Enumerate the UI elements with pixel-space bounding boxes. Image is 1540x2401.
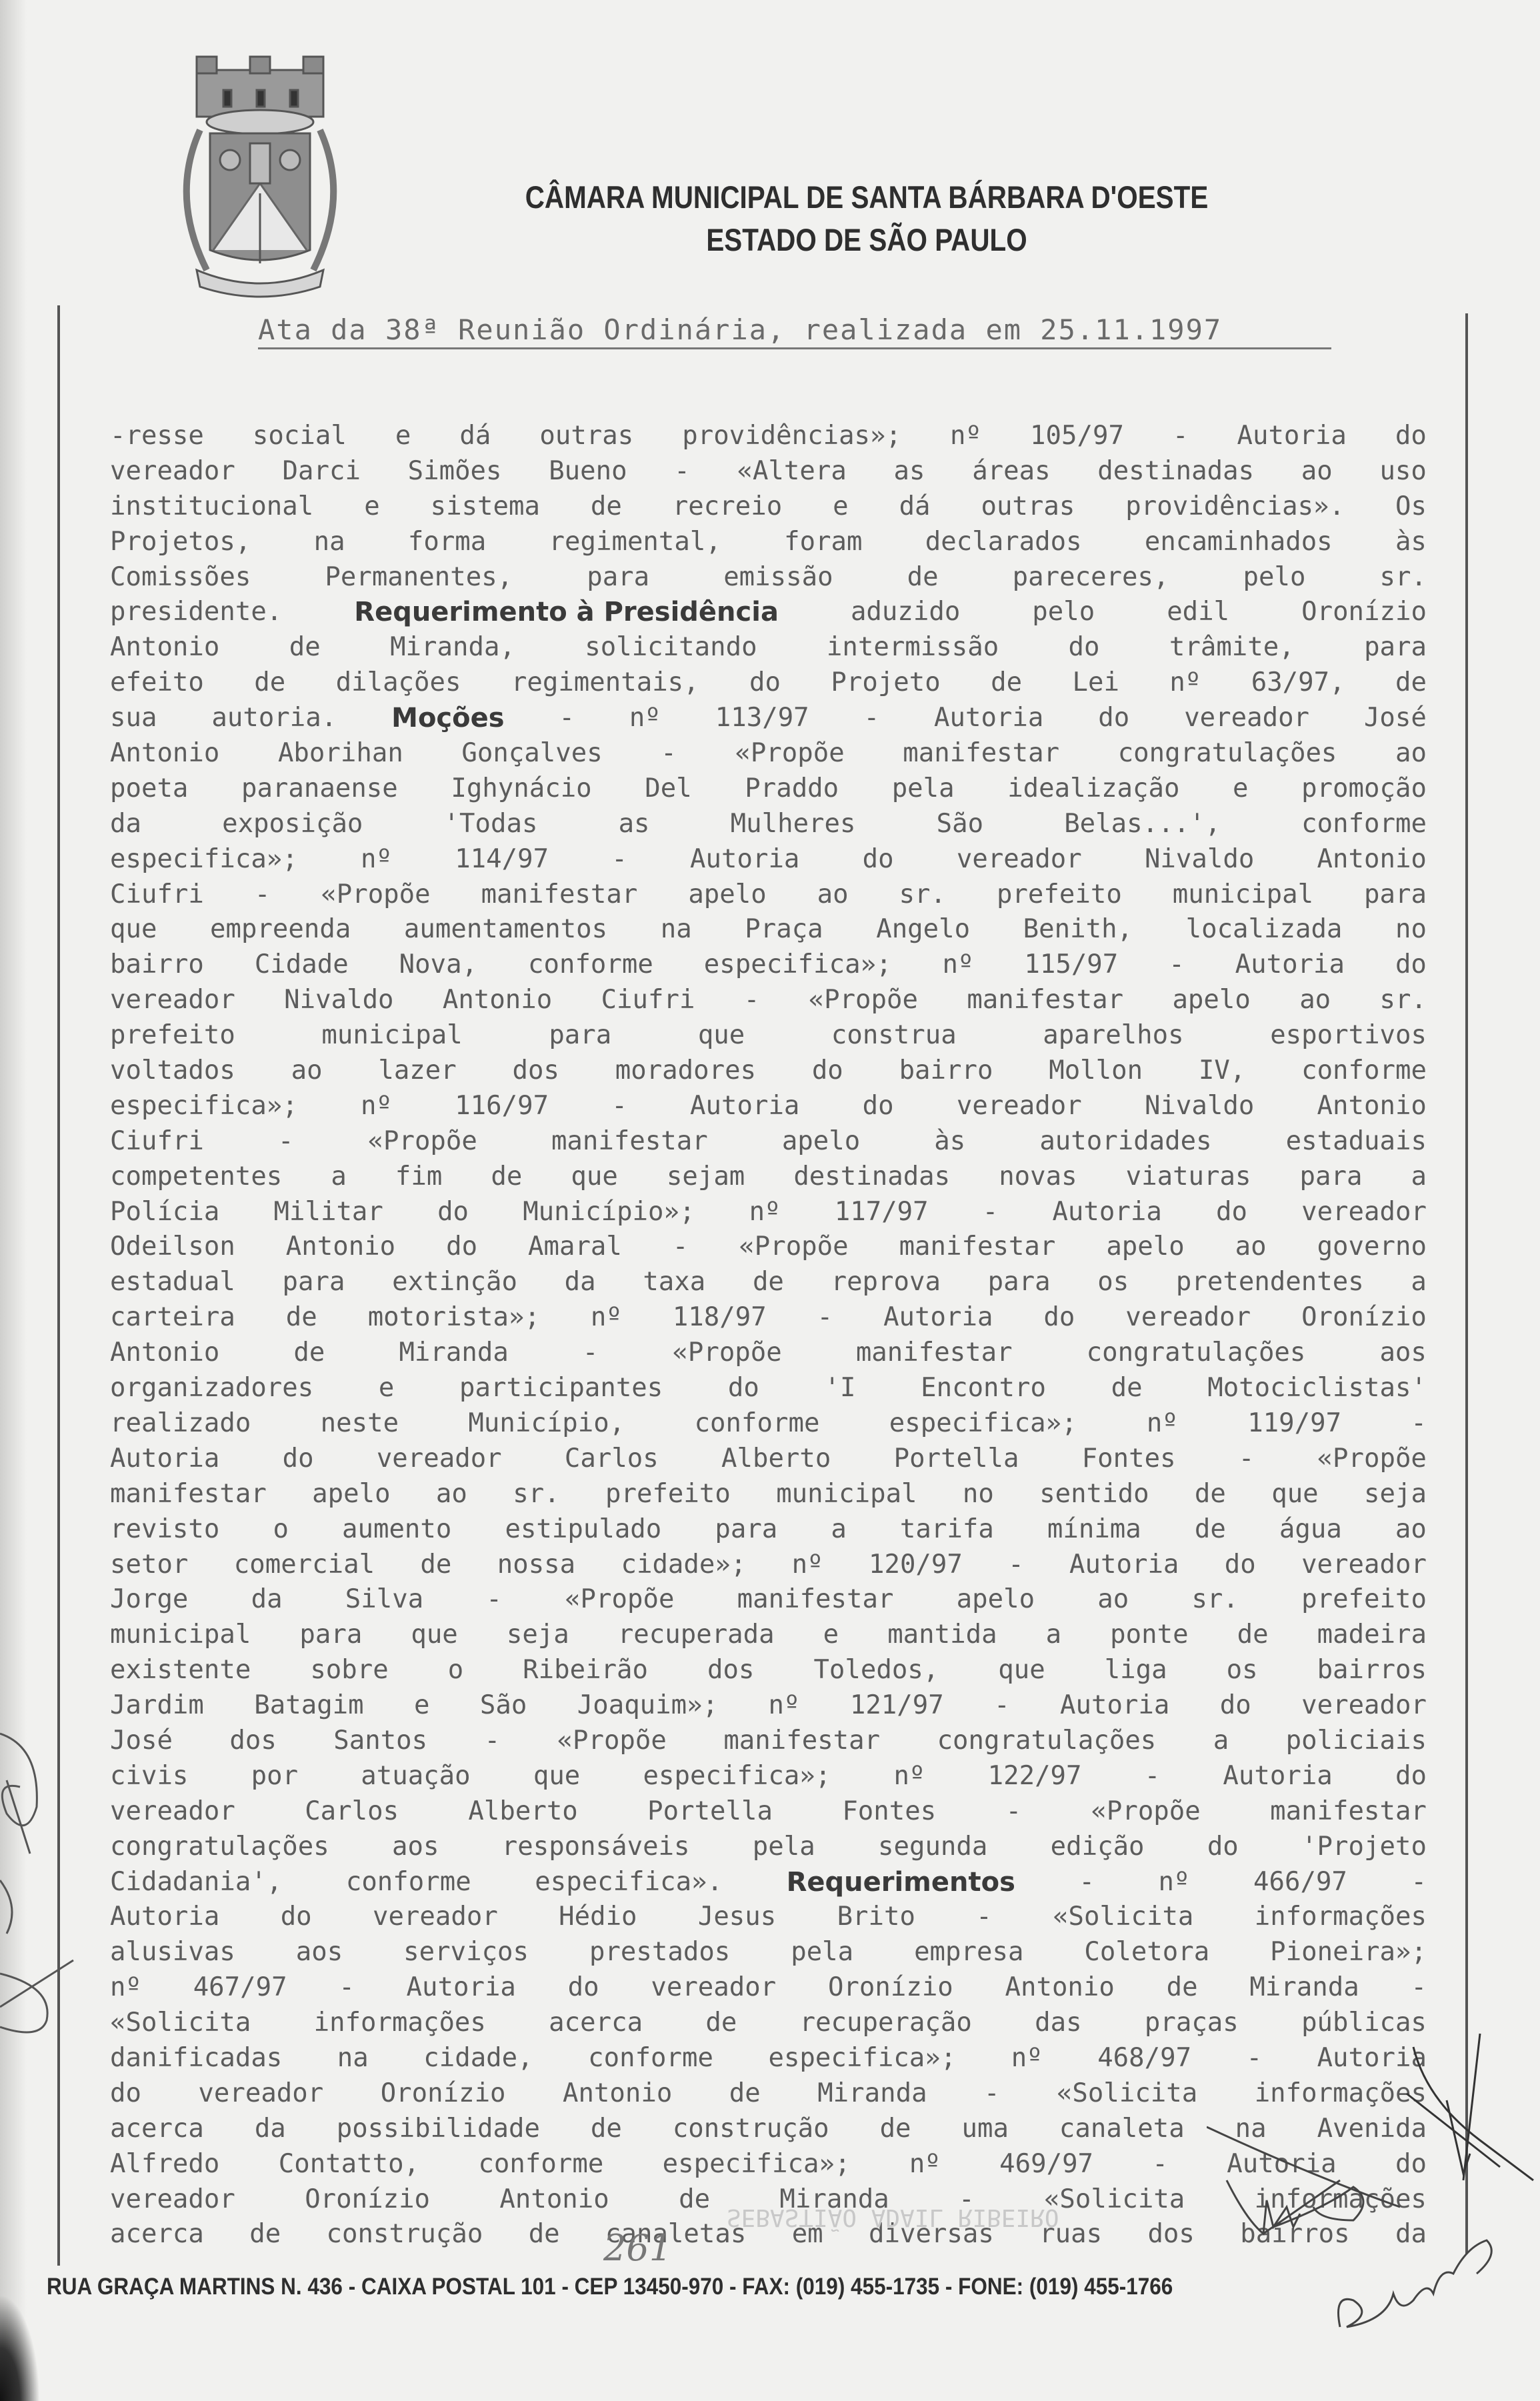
word: Gonçalves: [461, 736, 602, 771]
word: de: [254, 665, 285, 701]
word: Alberto: [721, 1442, 831, 1477]
word: vereador: [1301, 1195, 1427, 1230]
word: os: [1097, 1265, 1129, 1300]
word: Mulheres: [731, 807, 856, 842]
word: Mollon: [1049, 1053, 1143, 1089]
word: conforme: [1301, 1053, 1427, 1089]
word: de: [249, 2217, 281, 2252]
word: -: [674, 454, 689, 489]
page-border-left: [57, 305, 60, 2266]
word: foram: [784, 525, 862, 560]
word: apelo: [1172, 983, 1250, 1018]
word: acerca: [110, 2112, 204, 2147]
word: Antonio: [1005, 1970, 1115, 2006]
word: madeira: [1317, 1618, 1427, 1653]
word: Contatto,: [279, 2147, 419, 2182]
word: Pioneira»;: [1270, 1935, 1427, 1970]
word: e: [823, 1618, 839, 1653]
word: ponte: [1110, 1618, 1188, 1653]
word: -: [255, 877, 270, 913]
word: edil: [1167, 595, 1229, 630]
word: para: [1364, 877, 1427, 913]
word: voltados: [110, 1053, 235, 1089]
word: que: [411, 1618, 457, 1653]
word: Del: [645, 771, 691, 807]
word: municipal: [321, 1018, 462, 1053]
word: do: [1207, 1830, 1239, 1865]
word: idealização: [1007, 771, 1179, 807]
word: do: [1043, 1300, 1075, 1336]
word: municipal: [776, 1477, 917, 1512]
word: do: [728, 1371, 759, 1406]
word: -: [486, 1582, 501, 1618]
word: pareceres,: [1013, 560, 1169, 595]
word: institucional: [110, 489, 313, 525]
word: Motociclistas': [1207, 1371, 1427, 1406]
word: dos: [229, 1724, 276, 1759]
word: São: [480, 1688, 527, 1724]
word: uso: [1379, 454, 1426, 489]
word: mínima: [1047, 1512, 1141, 1548]
word: mantida: [887, 1618, 997, 1653]
word: Alfredo: [110, 2147, 219, 2182]
word: Município»;: [523, 1195, 695, 1230]
word: vereador: [651, 1970, 776, 2006]
word: pela: [791, 1935, 853, 1970]
word: segunda: [878, 1830, 987, 1865]
word: para: [988, 1265, 1051, 1300]
word: do: [1395, 2147, 1427, 2182]
word: Bueno: [549, 454, 627, 489]
word: prefeito: [605, 1477, 731, 1512]
word: «Solicita: [1057, 2076, 1197, 2112]
word: sr.: [1379, 983, 1426, 1018]
text-line: AlfredoContatto,conformeespecifica»;nº46…: [110, 2147, 1427, 2182]
word: -: [983, 1195, 998, 1230]
word: -: [1152, 2147, 1167, 2182]
word: providências».: [1125, 489, 1345, 525]
text-line: revistooaumentoestipuladoparaatarifamíni…: [110, 1512, 1427, 1548]
word: ao: [1299, 983, 1331, 1018]
word: que: [998, 1653, 1045, 1688]
word: recuperação: [800, 2006, 972, 2041]
text-line: prefeitomunicipalparaqueconstruaaparelho…: [110, 1018, 1427, 1053]
word: de: [286, 1300, 317, 1336]
word: manifestar: [481, 877, 638, 913]
word: às: [1395, 525, 1427, 560]
word: que: [533, 1759, 580, 1794]
word: Ighynácio: [451, 771, 591, 807]
word: especifica»;: [643, 1759, 831, 1794]
word: -: [661, 736, 676, 771]
word: bairro: [110, 947, 204, 983]
word: Hédio: [559, 1900, 637, 1935]
word: de: [1237, 1618, 1269, 1653]
word: 116/97: [455, 1089, 549, 1124]
word: novas: [999, 1159, 1077, 1195]
word: vereador: [957, 842, 1082, 877]
word: setor: [110, 1548, 188, 1583]
word: destinadas: [1097, 454, 1254, 489]
text-line: competentesafimdequesejamdestinadasnovas…: [110, 1159, 1427, 1195]
word: -: [1169, 947, 1184, 983]
word: vereador: [1184, 701, 1309, 736]
minutes-body: -ressesocialedáoutrasprovidências»;nº105…: [110, 419, 1427, 2252]
word: 113/97: [715, 701, 809, 736]
word: informações: [1255, 2182, 1427, 2218]
word: realizado: [110, 1406, 251, 1442]
text-line: Ciufri-«Propõemanifestarapeloaosr.prefei…: [110, 877, 1427, 913]
word: nº: [1011, 2041, 1043, 2076]
word: ao: [1301, 454, 1333, 489]
word: Carlos: [565, 1442, 659, 1477]
word: Ciufri: [110, 1124, 204, 1159]
word: destinadas: [793, 1159, 950, 1195]
word: manifestar: [903, 736, 1059, 771]
text-line: queempreendaaumentamentosnaPraçaAngeloBe…: [110, 912, 1427, 947]
word: -: [1239, 1442, 1254, 1477]
word: Antonio: [110, 630, 219, 665]
word: congratulações: [1118, 736, 1337, 771]
word: Autoria: [883, 1300, 993, 1336]
word: prestados: [589, 1935, 730, 1970]
word: Fontes: [842, 1794, 936, 1830]
word: Carlos: [305, 1794, 399, 1830]
word: vereador: [1125, 1300, 1251, 1336]
word: Nivaldo: [284, 983, 393, 1018]
word: 122/97: [988, 1759, 1082, 1794]
word: Autoria: [690, 1089, 799, 1124]
word: -: [559, 701, 574, 736]
word: poeta: [110, 771, 188, 807]
word: Coletora: [1084, 1935, 1209, 1970]
word: Amaral: [528, 1230, 622, 1265]
word: Alberto: [468, 1794, 577, 1830]
word: Oronízio: [305, 2182, 430, 2218]
word: 'Todas: [444, 807, 538, 842]
word: que: [1271, 1477, 1318, 1512]
word: vereador: [1301, 1548, 1427, 1583]
word: vereador: [110, 2182, 235, 2218]
word: liga: [1105, 1653, 1167, 1688]
word: e: [1233, 771, 1248, 807]
word: -: [976, 1900, 991, 1935]
word: manifestar: [737, 1582, 894, 1618]
word: Cidadania',: [110, 1865, 282, 1900]
word: manifestar: [1270, 1794, 1427, 1830]
word: cidade»;: [621, 1548, 746, 1583]
word: viaturas: [1126, 1159, 1251, 1195]
word: estadual: [110, 1265, 235, 1300]
word: «Propõe: [672, 1336, 781, 1371]
word: danificadas: [110, 2041, 282, 2076]
word: -: [1008, 1548, 1023, 1583]
word: do: [863, 842, 894, 877]
word: Comissões: [110, 560, 251, 595]
word: Jesus: [698, 1900, 776, 1935]
text-line: AutoriadovereadorCarlosAlbertoPortellaFo…: [110, 1442, 1427, 1477]
scan-shadow-corner: [0, 2294, 40, 2401]
word: os: [1227, 1653, 1258, 1688]
word: sentido: [1039, 1477, 1149, 1512]
coat-of-arms-icon: [150, 50, 370, 303]
word: «Propõe: [1317, 1442, 1427, 1477]
word: 115/97: [1024, 947, 1118, 983]
word: conforme: [346, 1865, 471, 1900]
word: Antonio: [110, 1336, 219, 1371]
word: sua: [110, 701, 157, 736]
word: -: [984, 2076, 999, 2112]
word: de: [880, 2112, 911, 2147]
word: áreas: [972, 454, 1050, 489]
word: regimental,: [549, 525, 721, 560]
word: do: [749, 665, 781, 701]
word: conforme: [528, 947, 653, 983]
word: 120/97: [869, 1548, 963, 1583]
word: o: [273, 1512, 288, 1548]
text-line: vereadorCarlosAlbertoPortellaFontes-«Pro…: [110, 1794, 1427, 1830]
word: nº: [909, 2147, 941, 2182]
word: nº: [942, 947, 973, 983]
word: Toledos,: [813, 1653, 939, 1688]
word: Antonio: [1317, 842, 1427, 877]
word: -: [485, 1724, 500, 1759]
word: aumento: [342, 1512, 451, 1548]
word: intermissão: [827, 630, 999, 665]
word: aos: [296, 1935, 343, 1970]
word: estipulado: [505, 1512, 661, 1548]
word: de: [907, 560, 939, 595]
word: vereador: [1301, 1688, 1427, 1724]
word: Praça: [745, 912, 823, 947]
word: Miranda: [1249, 1970, 1359, 2006]
word: 118/97: [673, 1300, 767, 1336]
word: a: [831, 1512, 846, 1548]
word: Benith,: [1023, 912, 1133, 947]
word: civis: [110, 1759, 188, 1794]
word: atuação: [361, 1759, 470, 1794]
word: construa: [831, 1018, 957, 1053]
word: do: [283, 1442, 314, 1477]
word: de: [591, 2112, 622, 2147]
word: Autoria: [110, 1900, 219, 1935]
text-line: especifica»;nº116/97-AutoriadovereadorNi…: [110, 1089, 1427, 1124]
word: de: [705, 2006, 737, 2041]
word: Ciufri: [110, 877, 204, 913]
word: competentes: [110, 1159, 282, 1195]
word: aduzido: [851, 595, 960, 630]
word: Miranda: [399, 1336, 508, 1371]
word: da: [1395, 2217, 1427, 2252]
word: especifica»;: [663, 2147, 851, 2182]
word: efeito: [110, 665, 204, 701]
word: 469/97: [999, 2147, 1093, 2182]
word: -: [1145, 1759, 1160, 1794]
word: apelo: [957, 1582, 1035, 1618]
word: de: [1167, 1970, 1198, 2006]
word: do: [568, 1970, 599, 2006]
word: de: [529, 2217, 560, 2252]
word: aparelhos: [1043, 1018, 1183, 1053]
word: canaleta: [1059, 2112, 1185, 2147]
word: da: [251, 1582, 283, 1618]
word: na: [661, 912, 692, 947]
word: -: [994, 1688, 1009, 1724]
word: sr.: [1380, 560, 1427, 595]
word: autoridades: [1039, 1124, 1211, 1159]
word: Nivaldo: [1145, 842, 1254, 877]
word: -: [1411, 1865, 1426, 1900]
section-heading: Requerimentos: [787, 1865, 1015, 1900]
word: Batagim: [254, 1688, 363, 1724]
organization-name: CÂMARA MUNICIPAL DE SANTA BÁRBARA D'OEST…: [443, 179, 1291, 215]
word: para: [715, 1512, 777, 1548]
word: da: [110, 807, 141, 842]
text-line: danificadasnacidade,conformeespecifica»;…: [110, 2041, 1427, 2076]
word: apelo: [312, 1477, 390, 1512]
word: Fontes: [1082, 1442, 1176, 1477]
word: José: [110, 1724, 173, 1759]
text-line: daexposição'TodasasMulheresSãoBelas...',…: [110, 807, 1427, 842]
word: possibilidade: [337, 2112, 540, 2147]
word: regimentais,: [511, 665, 699, 701]
word: -: [744, 983, 759, 1018]
word: do: [1395, 419, 1427, 454]
word: nossa: [497, 1548, 575, 1583]
document-title: Ata da 38ª Reunião Ordinária, realizada …: [258, 313, 1331, 349]
word: no: [1395, 912, 1427, 947]
word: ao: [1395, 736, 1427, 771]
word: Darci: [283, 454, 361, 489]
word: dá: [899, 489, 931, 525]
word: seja: [507, 1618, 569, 1653]
word: -: [611, 842, 627, 877]
word: -: [1411, 1970, 1426, 2006]
word: a: [1213, 1724, 1229, 1759]
word: dá: [459, 419, 491, 454]
text-line: municipalparaquesejarecuperadaemantidaap…: [110, 1618, 1427, 1653]
word: Antonio: [443, 983, 552, 1018]
word: de: [1195, 1477, 1226, 1512]
text-line: acercadapossibilidadedeconstruçãodeumaca…: [110, 2112, 1427, 2147]
text-line: vereadorDarciSimõesBueno-«Alteraasáreasd…: [110, 454, 1427, 489]
word: paranaense: [241, 771, 398, 807]
word: conforme: [695, 1406, 820, 1442]
word: sr.: [513, 1477, 559, 1512]
word: -: [864, 701, 879, 736]
word: a: [1411, 1159, 1427, 1195]
word: de: [1395, 665, 1427, 701]
word: dos: [707, 1653, 754, 1688]
word: o: [448, 1653, 463, 1688]
word: Oronízio: [1301, 595, 1427, 630]
word: Miranda,: [390, 630, 515, 665]
word: empresa: [914, 1935, 1023, 1970]
word: prefeito: [110, 1018, 235, 1053]
word: «Propõe: [565, 1582, 674, 1618]
word: -: [1411, 1406, 1426, 1442]
word: nº: [768, 1688, 799, 1724]
word: cidade,: [423, 2041, 533, 2076]
word: apelo: [782, 1124, 860, 1159]
text-line: efeitodedilaçõesregimentais,doProjetodeL…: [110, 665, 1427, 701]
word: bairro: [899, 1053, 993, 1089]
text-line: presidente.Requerimento à Presidênciaadu…: [110, 595, 1427, 630]
word: Nivaldo: [1145, 1089, 1254, 1124]
word: municipal: [110, 1618, 251, 1653]
word: extinção: [392, 1265, 517, 1300]
word: nº: [749, 1195, 781, 1230]
word: na: [1235, 2112, 1267, 2147]
word: do: [110, 2076, 141, 2112]
word: prefeito: [997, 877, 1122, 913]
word: pretendentes: [1176, 1265, 1364, 1300]
word: «Propõe: [321, 877, 430, 913]
word: 466/97: [1253, 1865, 1347, 1900]
word: 'Projeto: [1301, 1830, 1427, 1865]
word: para: [1300, 1159, 1363, 1195]
word: Silva: [345, 1582, 423, 1618]
word: informações: [314, 2006, 486, 2041]
text-line: -ressesocialedáoutrasprovidências»;nº105…: [110, 419, 1427, 454]
word: solicitando: [585, 630, 757, 665]
word: Autoria: [1227, 2147, 1336, 2182]
text-line: manifestarapeloaosr.prefeitomunicipalnos…: [110, 1477, 1427, 1512]
word: Ribeirão: [523, 1653, 648, 1688]
word: -: [278, 1124, 293, 1159]
word: ao: [1097, 1582, 1129, 1618]
word: Oronízio: [381, 2076, 506, 2112]
word: empreenda: [210, 912, 351, 947]
word: de: [1195, 1512, 1226, 1548]
word: Santos: [333, 1724, 427, 1759]
word: na: [314, 525, 345, 560]
word: Antonio: [563, 2076, 672, 2112]
word: Antonio: [1317, 1089, 1427, 1124]
word: no: [963, 1477, 994, 1512]
word: vereador: [373, 1900, 498, 1935]
word: manifestar: [723, 1724, 880, 1759]
word: Praddo: [745, 771, 839, 807]
word: prefeito: [1301, 1582, 1427, 1618]
word: nº: [792, 1548, 823, 1583]
word: de: [491, 1159, 522, 1195]
word: -: [1006, 1794, 1021, 1830]
word: pela: [892, 771, 955, 807]
word: 468/97: [1097, 2041, 1191, 2076]
word: para: [587, 560, 649, 595]
word: fim: [395, 1159, 442, 1195]
word: declarados: [925, 525, 1082, 560]
word: -: [1247, 2041, 1262, 2076]
text-line: OdeilsonAntoniodoAmaral-«Propõemanifesta…: [110, 1230, 1427, 1265]
word: vereador: [110, 454, 235, 489]
word: manifestar: [899, 1230, 1056, 1265]
word: do: [863, 1089, 894, 1124]
word: José: [1364, 701, 1427, 736]
word: para: [1364, 630, 1427, 665]
handwritten-page-number: 261: [603, 2227, 672, 2269]
word: construção: [673, 2112, 829, 2147]
word: Os: [1395, 489, 1427, 525]
word: -: [1079, 1865, 1094, 1900]
word: informações: [1255, 1900, 1427, 1935]
word: na: [337, 2041, 369, 2076]
word: do: [812, 1053, 843, 1089]
footer-address: RUA GRAÇA MARTINS N. 436 - CAIXA POSTAL …: [47, 2274, 1355, 2300]
organization-state: ESTADO DE SÃO PAULO: [443, 221, 1291, 258]
word: Autoria: [1235, 947, 1345, 983]
